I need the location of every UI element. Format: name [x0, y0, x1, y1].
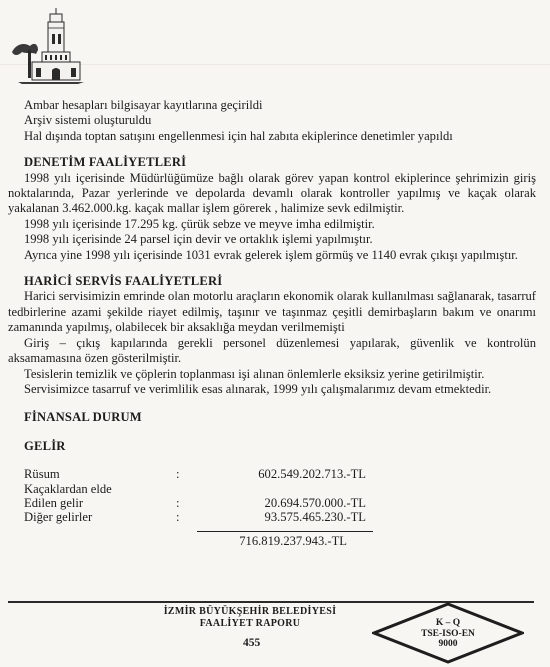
income-total: 716.819.237.943.-TL — [197, 534, 347, 548]
income-colon: : — [176, 496, 206, 510]
intro-line: Arşiv sistemi oluşturuldu — [24, 113, 536, 128]
income-value: 602.549.202.713.-TL — [206, 467, 366, 481]
paragraph: Servisimizce tasarruf ve verimlilik esas… — [8, 382, 536, 397]
paragraph: 1998 yılı içerisinde 24 parsel için devi… — [8, 232, 536, 247]
paragraph: Giriş – çıkış kapılarında gerekli person… — [8, 336, 536, 367]
section-heading-harici: HARİCİ SERVİS FAALİYETLERİ — [8, 274, 536, 289]
section-heading-finansal: FİNANSAL DURUM — [8, 410, 536, 425]
income-row: Kaçaklardan elde — [24, 482, 536, 496]
page-number: 455 — [243, 637, 260, 649]
income-table: Rüsum : 602.549.202.713.-TL Kaçaklardan … — [8, 467, 536, 548]
income-row: Rüsum : 602.549.202.713.-TL — [24, 467, 536, 481]
income-label: Rüsum — [24, 467, 176, 481]
intro-line: Ambar hesapları bilgisayar kayıtlarına g… — [24, 98, 536, 113]
paragraph: 1998 yılı içerisinde Müdürlüğümüze bağlı… — [8, 171, 536, 217]
clock-tower-icon — [8, 4, 86, 86]
stamp-line: K – Q — [372, 618, 524, 629]
income-colon: : — [176, 510, 206, 524]
income-value: 20.694.570.000.-TL — [206, 496, 366, 510]
paragraph: 1998 yılı içerisinde 17.295 kg. çürük se… — [8, 217, 536, 232]
income-row: Edilen gelir : 20.694.570.000.-TL — [24, 496, 536, 510]
section-heading-denetim: DENETİM FAALİYETLERİ — [8, 155, 536, 170]
main-content: Ambar hesapları bilgisayar kayıtlarına g… — [8, 98, 536, 548]
paragraph: Harici servisimizin emrinde olan motorlu… — [8, 289, 536, 335]
income-row: Diğer gelirler : 93.575.465.230.-TL — [24, 510, 536, 524]
intro-list: Ambar hesapları bilgisayar kayıtlarına g… — [8, 98, 536, 144]
stamp-line: 9000 — [372, 639, 524, 650]
income-label: Diğer gelirler — [24, 510, 176, 524]
footer-title: İZMİR BÜYÜKŞEHİR BELEDİYESİ FAALİYET RAP… — [130, 606, 370, 629]
income-colon: : — [176, 467, 206, 481]
footer-report: FAALİYET RAPORU — [130, 618, 370, 630]
income-colon — [176, 482, 206, 496]
iso-stamp-text: K – Q TSE-ISO-EN 9000 — [372, 618, 524, 650]
document-page: Ambar hesapları bilgisayar kayıtlarına g… — [0, 0, 550, 667]
income-value: 93.575.465.230.-TL — [206, 510, 366, 524]
paragraph: Ayrıca yine 1998 yılı içerisinde 1031 ev… — [8, 248, 536, 263]
income-label: Kaçaklardan elde — [24, 482, 176, 496]
section-subheading-gelir: GELİR — [8, 439, 536, 454]
intro-line: Hal dışında toptan satışını engellenmesi… — [24, 129, 536, 144]
stamp-line: TSE-ISO-EN — [372, 629, 524, 640]
income-value — [206, 482, 366, 496]
footer-org: İZMİR BÜYÜKŞEHİR BELEDİYESİ — [130, 606, 370, 618]
income-label: Edilen gelir — [24, 496, 176, 510]
paragraph: Tesislerin temizlik ve çöplerin toplanma… — [8, 367, 536, 382]
sum-divider — [197, 531, 373, 532]
